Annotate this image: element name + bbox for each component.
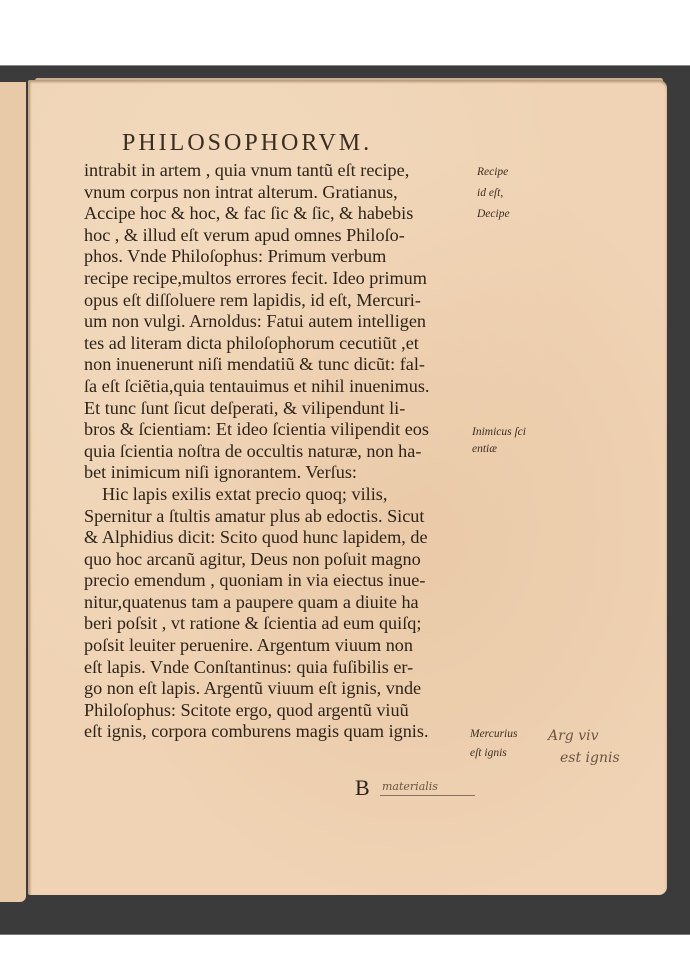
- text-line: tes ad literam dicta philoſophorum cecut…: [84, 333, 474, 355]
- text-line: hoc , & illud eſt verum apud omnes Philo…: [84, 225, 474, 247]
- text-line: beri poſsit , vt ratione & ſcientia ad e…: [84, 613, 474, 635]
- margin-note-line: id eſt,: [477, 187, 510, 200]
- text-line: opus eſt diſſoluere rem lapidis, id eſt,…: [84, 290, 474, 312]
- text-line: phos. Vnde Philoſophus: Primum verbum: [84, 246, 474, 268]
- text-line: um non vulgi. Arnoldus: Fatui autem inte…: [84, 311, 474, 333]
- margin-note-mercurius: Mercurius eſt ignis: [470, 728, 517, 760]
- margin-note-recipe: Recipe id eſt, Decipe: [477, 166, 510, 221]
- margin-note-line: entiæ: [472, 443, 526, 456]
- text-line: bros & ſcientiam: Et ideo ſcientia vilip…: [84, 419, 474, 441]
- text-line: & Alphidius dicit: Scito quod hunc lapid…: [84, 527, 474, 549]
- margin-note-line: Inimicus ſci: [472, 426, 526, 439]
- verse-line: Hic lapis exilis extat precio quoq; vili…: [84, 484, 474, 506]
- margin-note-line: Recipe: [477, 166, 510, 179]
- text-line: recipe recipe,multos errores fecit. Ideo…: [84, 268, 474, 290]
- text-line: Et tunc ſunt ſicut deſperati, & vilipend…: [84, 398, 474, 420]
- text-line: quia ſcientia noſtra de occultis naturæ,…: [84, 441, 474, 463]
- facing-page-edge: [0, 82, 26, 902]
- body-text: intrabit in artem , quia vnum tantũ eſt …: [84, 160, 474, 743]
- signature-mark: B: [355, 775, 370, 801]
- running-head: PHILOSOPHORVM.: [122, 130, 372, 157]
- margin-note-line: eſt ignis: [470, 747, 517, 760]
- text-line: poſsit leuiter peruenire. Argentum viuum…: [84, 635, 474, 657]
- text-line: intrabit in artem , quia vnum tantũ eſt …: [84, 160, 474, 182]
- text-line: nitur,quatenus tam a paupere quam a diui…: [84, 592, 474, 614]
- handwritten-annotation-1: Arg viv: [548, 728, 599, 744]
- margin-note-line: Mercurius: [470, 728, 517, 741]
- handwritten-annotation-2: est ignis: [560, 750, 620, 766]
- text-line: vnum corpus non intrat alterum. Gratianu…: [84, 182, 474, 204]
- text-line: non inuenerunt niſi mendatiũ & tunc dicũ…: [84, 354, 474, 376]
- handwritten-annotation-3: materialis: [382, 780, 438, 793]
- text-line: Spernitur a ſtultis amatur plus ab edoct…: [84, 506, 474, 528]
- text-line: Philoſophus: Scitote ergo, quod argentũ …: [84, 700, 474, 722]
- text-line: go non eſt lapis. Argentũ viuum eſt igni…: [84, 678, 474, 700]
- text-line: precio emendum , quoniam in via eiectus …: [84, 570, 474, 592]
- text-line: eſt ignis, corpora comburens magis quam …: [84, 721, 474, 743]
- text-line: ſa eſt ſciẽtia,quia tentauimus et nihil …: [84, 376, 474, 398]
- text-line: Accipe hoc & hoc, & fac ſic & ſic, & hab…: [84, 203, 474, 225]
- margin-note-inimicus: Inimicus ſci entiæ: [472, 426, 526, 456]
- margin-note-line: Decipe: [477, 208, 510, 221]
- handwritten-underline: [380, 795, 475, 796]
- text-line: eſt lapis. Vnde Conſtantinus: quia fuſib…: [84, 657, 474, 679]
- text-line: bet inimicum niſi ignorantem. Verſus:: [84, 462, 474, 484]
- text-line: quo hoc arcanũ agitur, Deus non poſuit m…: [84, 549, 474, 571]
